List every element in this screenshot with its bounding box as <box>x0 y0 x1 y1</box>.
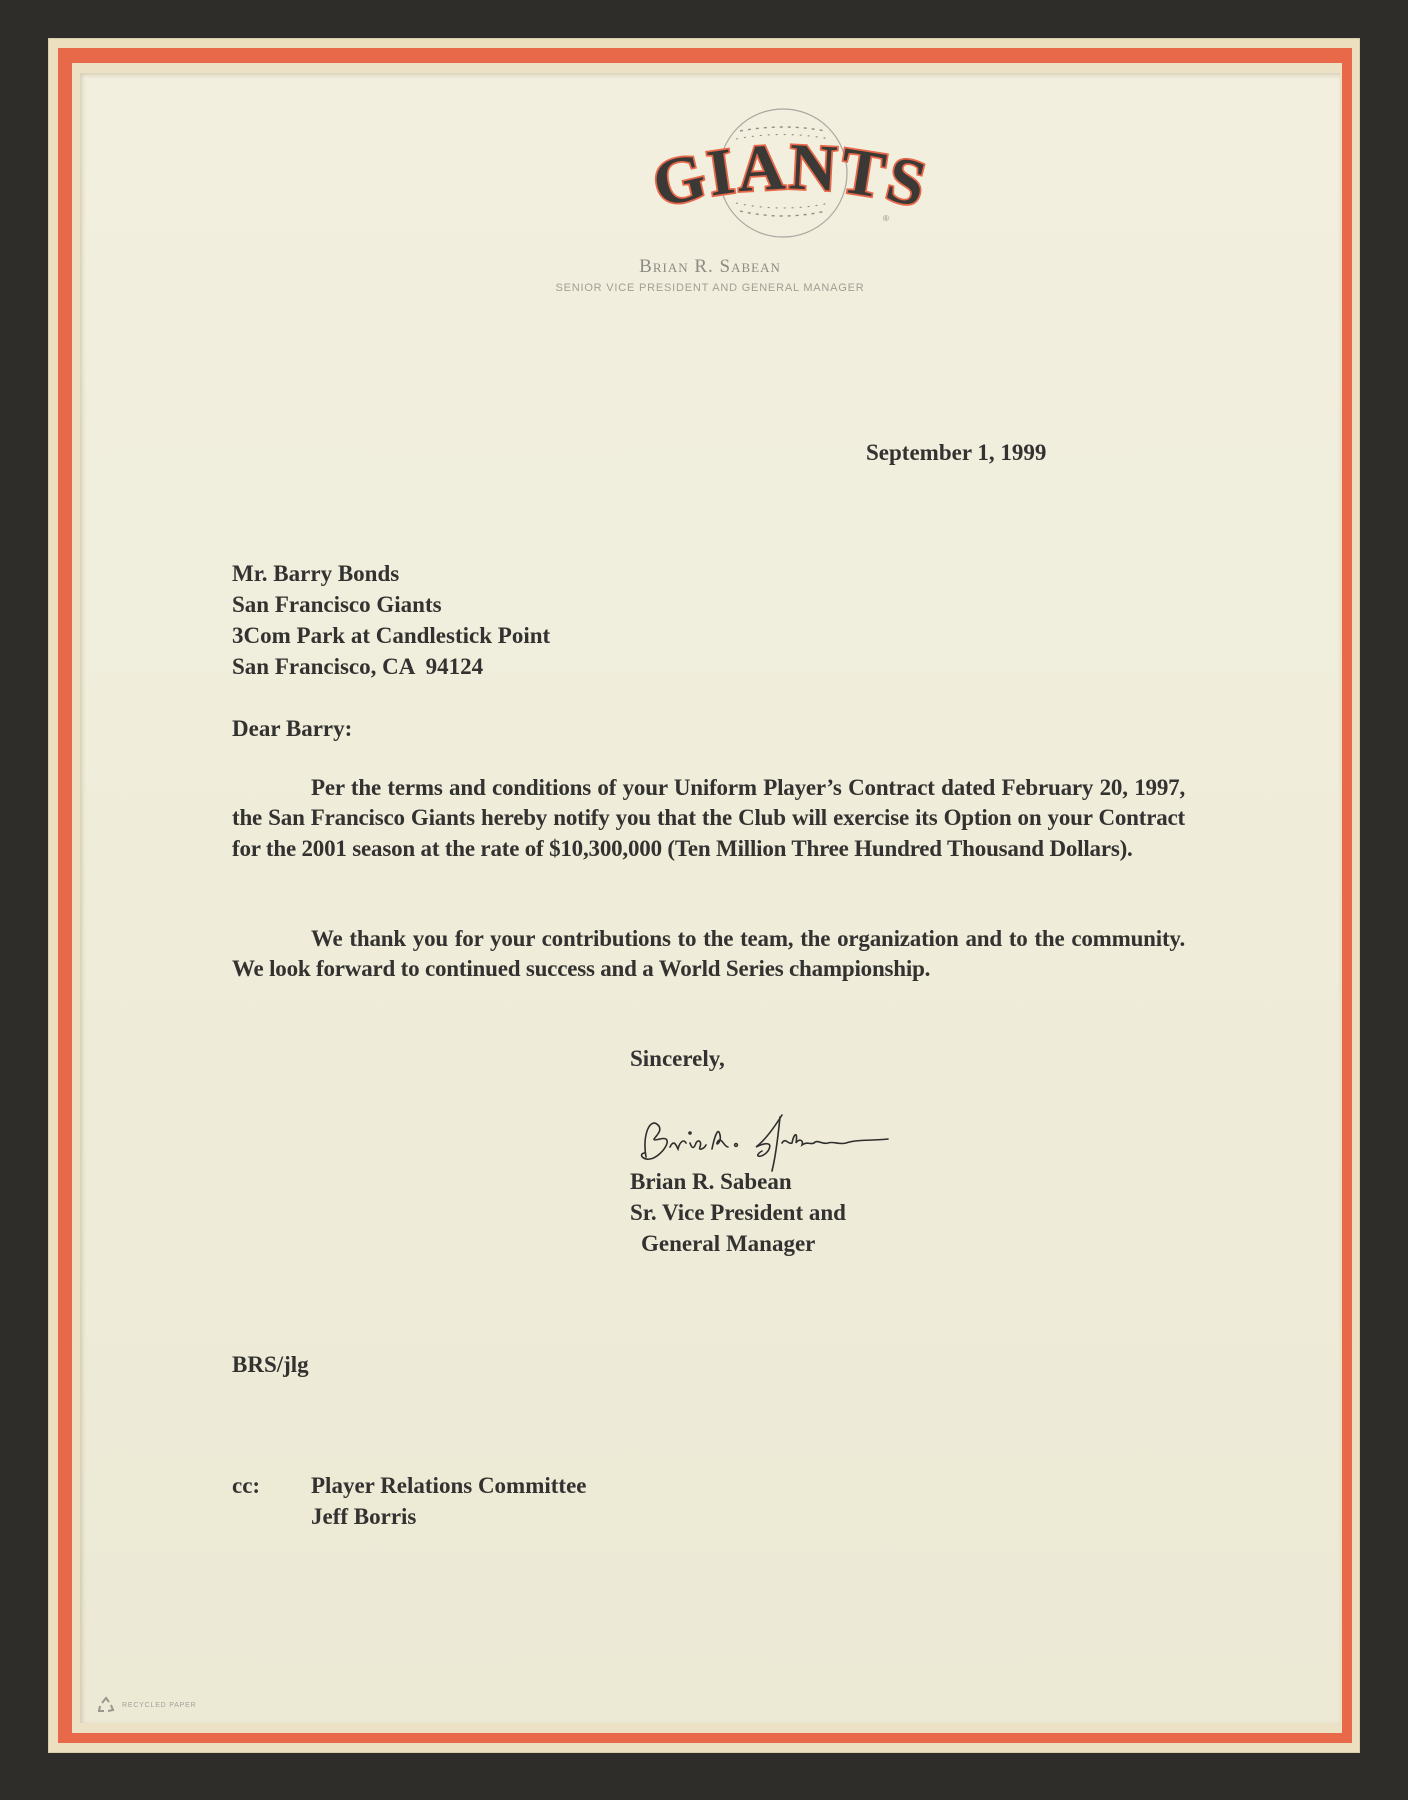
paragraph-text: We thank you for your contributions to t… <box>232 926 1196 981</box>
signature-icon <box>632 1095 902 1173</box>
svg-text:®: ® <box>883 214 889 223</box>
recipient-address: Mr. Barry Bonds San Francisco Giants 3Co… <box>232 558 550 682</box>
logo-wordmark: GIANTS <box>646 130 935 222</box>
signer-title: Sr. Vice President and <box>630 1197 846 1228</box>
body-paragraph: We thank you for your contributions to t… <box>232 924 1185 985</box>
cc-recipient: Jeff Borris <box>311 1501 587 1532</box>
salutation: Dear Barry: <box>232 713 352 744</box>
cc-recipient: Player Relations Committee <box>311 1470 587 1501</box>
letterhead-name: Brian R. Sabean <box>80 256 1340 278</box>
letterhead-title: Senior Vice President and General Manage… <box>80 282 1340 294</box>
recipient-line: San Francisco, CA 94124 <box>232 651 550 682</box>
recipient-line: Mr. Barry Bonds <box>232 558 550 589</box>
signer-title: General Manager <box>630 1228 846 1259</box>
signer-block: Brian R. Sabean Sr. Vice President and G… <box>630 1166 846 1259</box>
cc-label: cc: <box>232 1470 260 1501</box>
recycled-label: Recycled Paper <box>122 1702 196 1709</box>
paragraph-text: Per the terms and conditions of your Uni… <box>232 775 1185 861</box>
recipient-line: San Francisco Giants <box>232 589 550 620</box>
reference-initials: BRS/jlg <box>232 1349 309 1380</box>
closing: Sincerely, <box>630 1043 725 1074</box>
letter-page: GIANTS ® Brian R. Sabean Senior Vice Pre… <box>80 73 1340 1723</box>
recycled-paper-mark: Recycled Paper <box>96 1696 196 1714</box>
giants-logo-icon: GIANTS ® <box>640 93 940 253</box>
signer-name: Brian R. Sabean <box>630 1166 846 1197</box>
letter-date: September 1, 1999 <box>866 437 1046 468</box>
body-paragraph: Per the terms and conditions of your Uni… <box>232 773 1185 864</box>
recipient-line: 3Com Park at Candlestick Point <box>232 620 550 651</box>
cc-list: Player Relations Committee Jeff Borris <box>311 1470 587 1532</box>
recycle-icon <box>96 1696 116 1714</box>
